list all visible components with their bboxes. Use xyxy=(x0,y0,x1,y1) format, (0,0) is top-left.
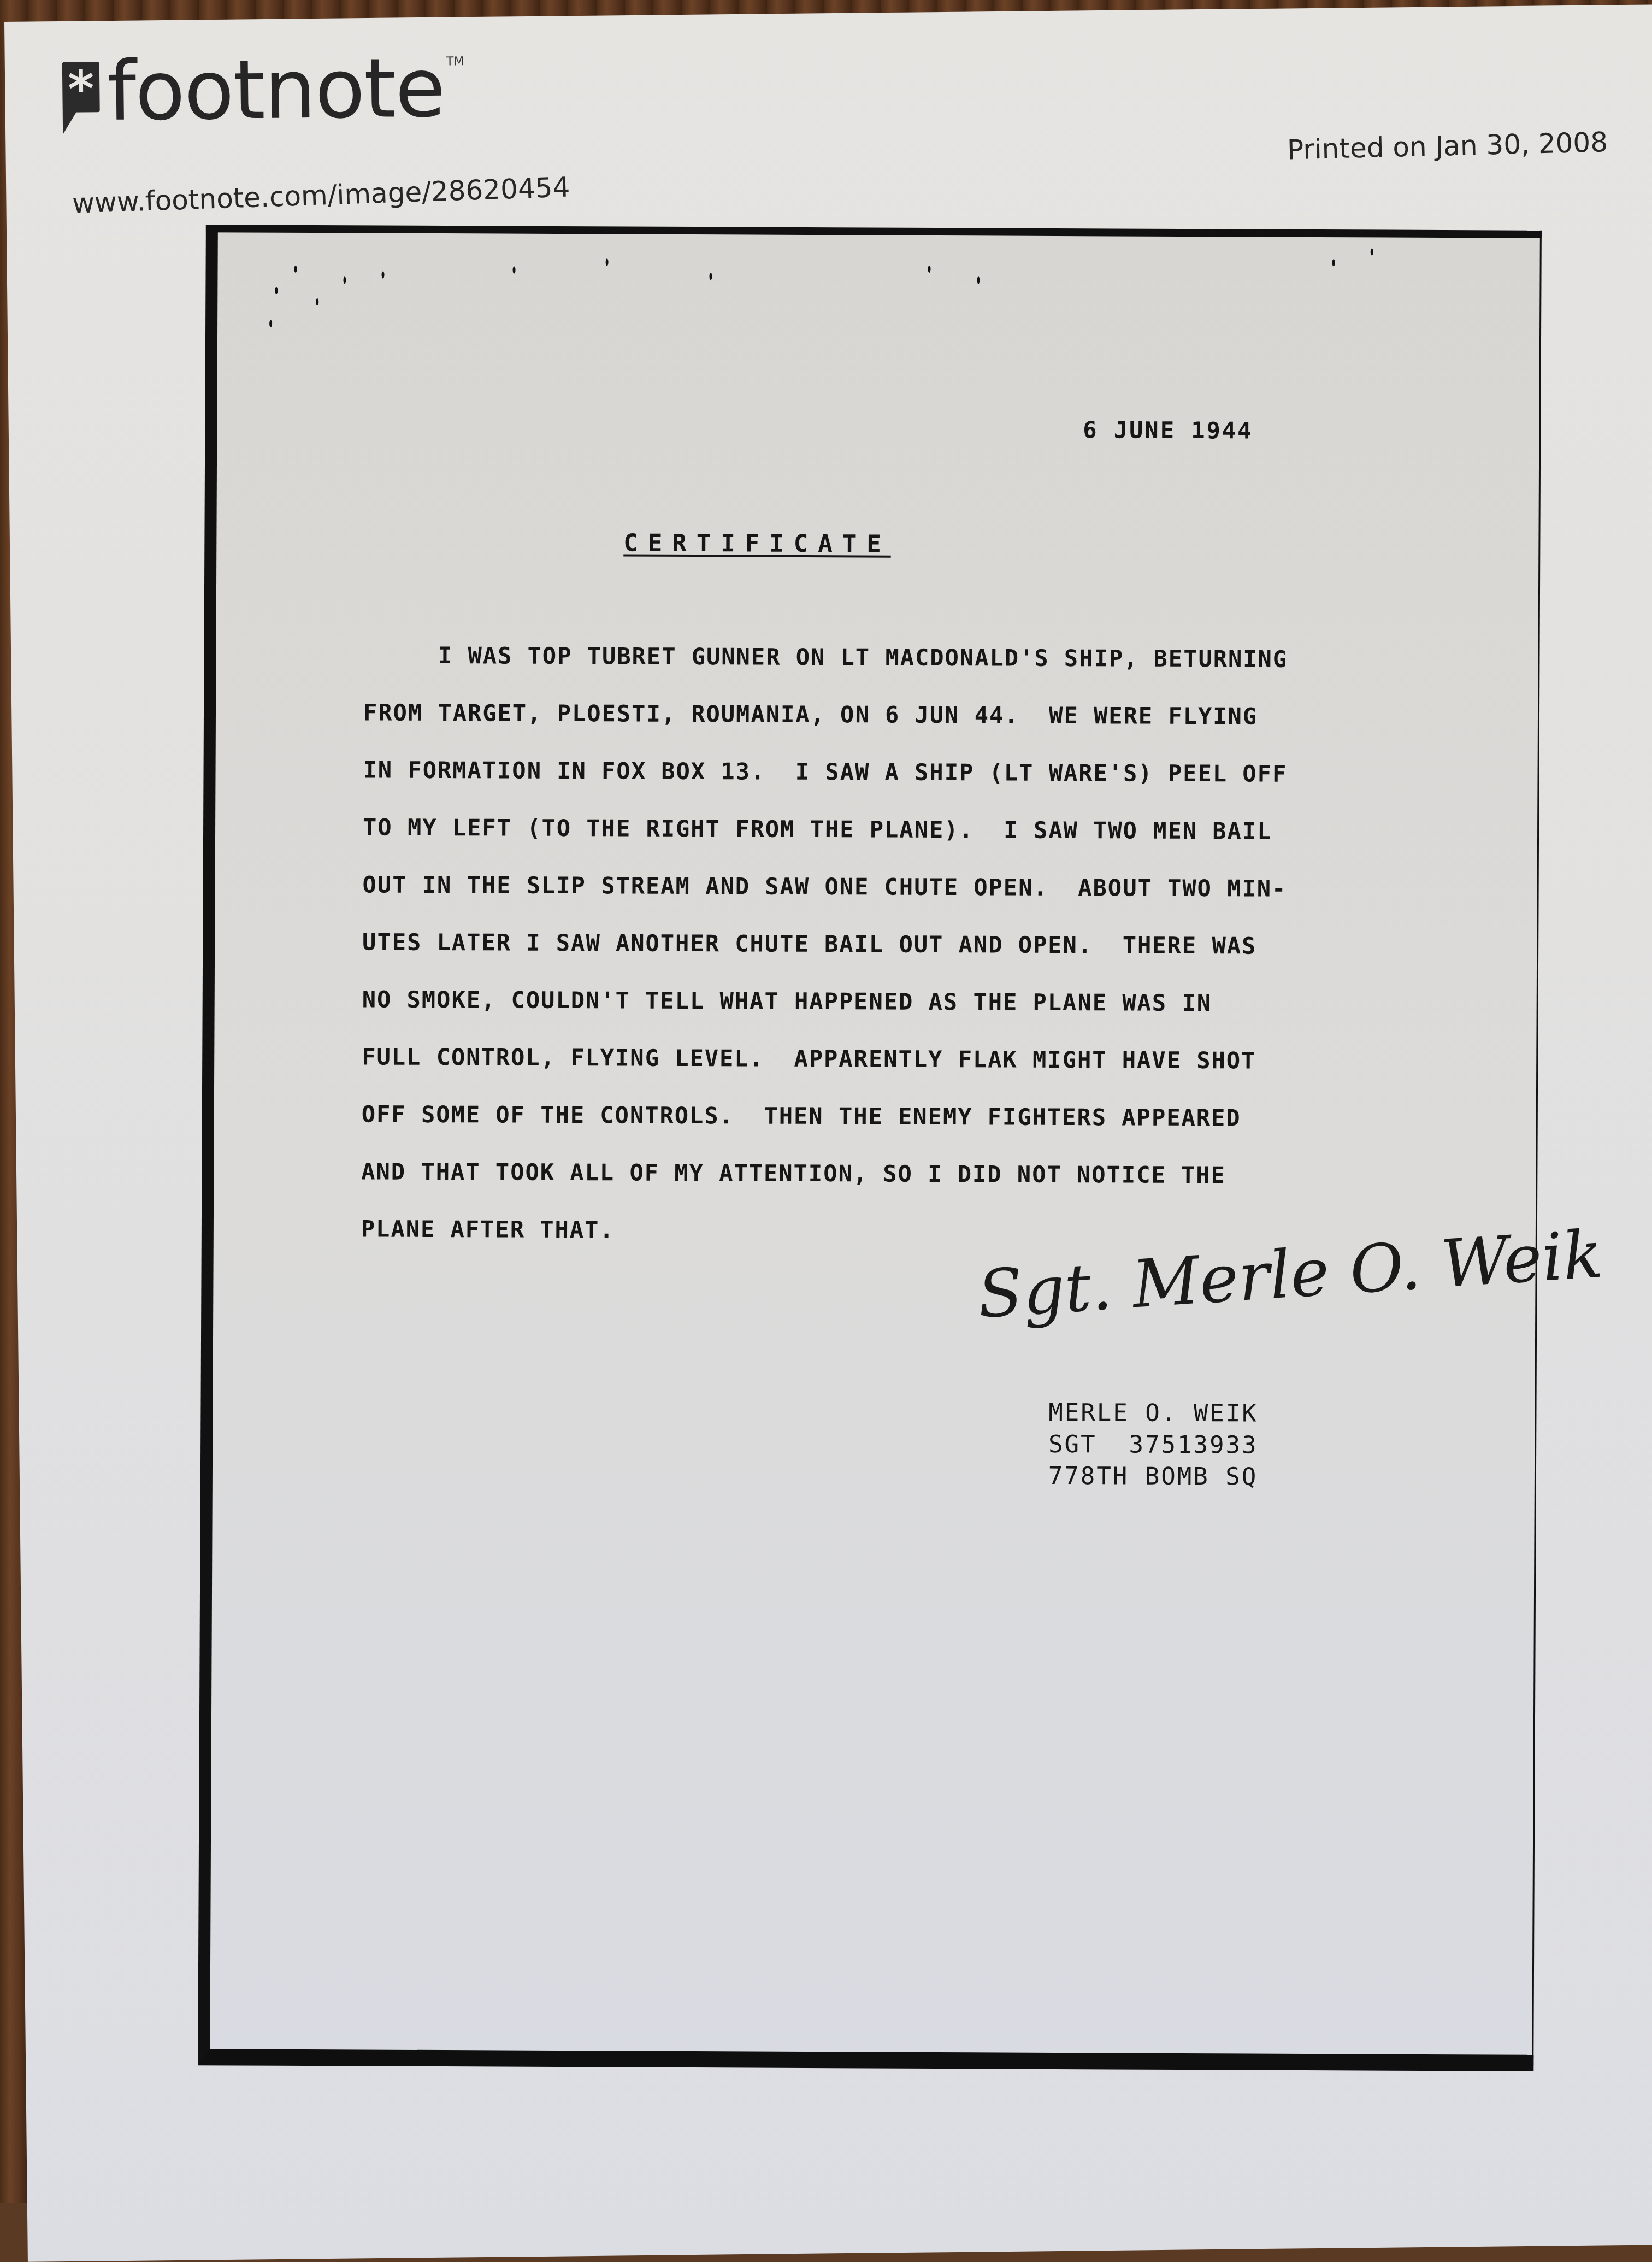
scan-speck xyxy=(316,298,318,305)
trademark-mark: TM xyxy=(446,55,464,68)
signature-block: MERLE O. WEIK SGT 37513933 778TH BOMB SQ xyxy=(1048,1397,1258,1493)
scan-speck xyxy=(928,266,931,273)
scan-speck xyxy=(275,287,278,294)
printed-date: Printed on Jan 30, 2008 xyxy=(1287,126,1608,166)
scan-speck xyxy=(343,276,346,284)
signer-name: MERLE O. WEIK xyxy=(1048,1397,1258,1430)
body-line: TO MY LEFT (TO THE RIGHT FROM THE PLANE)… xyxy=(363,798,1455,861)
scan-speck xyxy=(1371,248,1373,255)
body-line: FULL CONTROL, FLYING LEVEL. APPARENTLY F… xyxy=(362,1028,1454,1090)
body-line: OUT IN THE SLIP STREAM AND SAW ONE CHUTE… xyxy=(362,856,1455,918)
scanned-document: 6 JUNE 1944 CERTIFICATE I WAS TOP TUBRET… xyxy=(198,225,1542,2071)
body-line: NO SMOKE, COULDN'T TELL WHAT HAPPENED AS… xyxy=(362,970,1454,1033)
document-date: 6 JUNE 1944 xyxy=(1083,416,1253,444)
scan-speck xyxy=(294,266,297,273)
body-line: AND THAT TOOK ALL OF MY ATTENTION, SO I … xyxy=(361,1142,1454,1205)
scan-speck xyxy=(513,267,516,274)
signer-unit: 778TH BOMB SQ xyxy=(1048,1460,1258,1493)
body-line: UTES LATER I SAW ANOTHER CHUTE BAIL OUT … xyxy=(362,913,1455,975)
scan-speck xyxy=(381,272,384,279)
document-title: CERTIFICATE xyxy=(623,529,891,558)
scan-speck xyxy=(269,320,272,327)
body-line: IN FORMATION IN FOX BOX 13. I SAW A SHIP… xyxy=(363,741,1455,803)
printed-page: * footnote TM www.footnote.com/image/286… xyxy=(4,4,1652,2203)
scan-speck xyxy=(709,273,712,280)
scan-speck xyxy=(977,276,980,284)
scan-speck xyxy=(1332,259,1335,266)
footnote-logo: * footnote TM xyxy=(62,58,465,122)
body-line: OFF SOME OF THE CONTROLS. THEN THE ENEMY… xyxy=(362,1085,1454,1147)
body-line: FROM TARGET, PLOESTI, ROUMANIA, ON 6 JUN… xyxy=(363,684,1456,746)
document-body: I WAS TOP TUBRET GUNNER ON LT MACDONALD'… xyxy=(361,626,1456,1262)
signer-rank-serial: SGT 37513933 xyxy=(1048,1429,1258,1462)
body-line: I WAS TOP TUBRET GUNNER ON LT MACDONALD'… xyxy=(363,626,1456,688)
asterisk-speech-bubble-icon: * xyxy=(62,62,100,113)
brand-name: footnote xyxy=(107,58,445,122)
scan-speck xyxy=(606,258,609,266)
source-url: www.footnote.com/image/28620454 xyxy=(72,172,570,220)
